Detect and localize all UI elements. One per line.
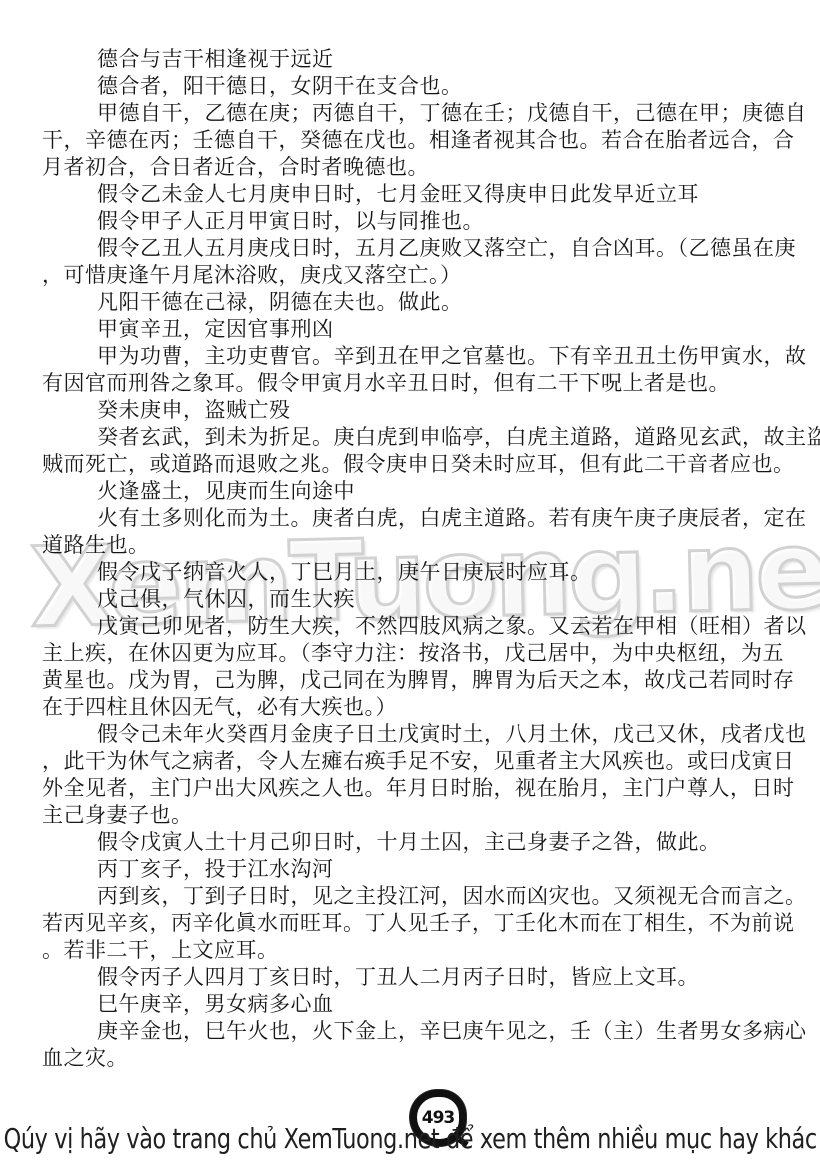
text-line: 巳午庚辛，男女病多心血 bbox=[42, 991, 794, 1018]
text-line: 甲寅辛丑，定因官事刑凶 bbox=[42, 316, 794, 343]
scanned-book-page: XemTuong.net 德合与吉干相逢视于远近德合者，阳干德日，女阴干在支合也… bbox=[0, 0, 820, 1170]
text-line: 在于四柱且休囚无气，必有大疾也。） bbox=[42, 694, 794, 721]
footer-text: Qúy vị hãy vào trang chủ XemTuong.net để… bbox=[3, 1122, 816, 1155]
text-line: 主己身妻子也。 bbox=[42, 802, 794, 829]
text-line: ，此干为休气之病者，令人左瘫右痪手足不安，见重者主大风疾也。或曰戊寅日 bbox=[42, 748, 794, 775]
text-line: 癸者玄武，到未为折足。庚白虎到申临亭，白虎主道路，道路见玄武，故主盗 bbox=[42, 424, 794, 451]
text-line: 火逢盛土，见庚而生向途中 bbox=[42, 478, 794, 505]
text-line: 血之灾。 bbox=[42, 1045, 794, 1072]
text-line: 干，辛德在丙；壬德自干，癸德在戊也。相逢者视其合也。若合在胎者远合，合 bbox=[42, 127, 794, 154]
text-line: 有因官而刑咎之象耳。假令甲寅月水辛丑日时，但有二干下呪上者是也。 bbox=[42, 370, 794, 397]
text-line: 假令戊寅人土十月己卯日时，十月土囚，主己身妻子之咎，做此。 bbox=[42, 829, 794, 856]
text-line: 假令乙未金人七月庚申日时，七月金旺又得庚申日此发早近立耳 bbox=[42, 181, 794, 208]
footer: Qúy vị hãy vào trang chủ XemTuong.net để… bbox=[0, 1122, 820, 1155]
text-line: 主上疾，在休囚更为应耳。（李守力注：按洛书，戊己居中，为中央枢纽，为五 bbox=[42, 640, 794, 667]
text-line: 月者初合，合日者近合，合时者晚德也。 bbox=[42, 154, 794, 181]
text-line: 凡阳干德在己禄，阴德在夫也。做此。 bbox=[42, 289, 794, 316]
text-line: 甲为功曹，主功吏曹官。辛到丑在甲之官墓也。下有辛丑丑土伤甲寅水，故 bbox=[42, 343, 794, 370]
text-line: 戊寅己卯见者，防生大疾，不然四肢风病之象。又云若在甲相（旺相）者以 bbox=[42, 613, 794, 640]
text-line: 丙丁亥子，投于江水沟河 bbox=[42, 856, 794, 883]
text-line: 假令乙丑人五月庚戌日时，五月乙庚败又落空亡，自合凶耳。（乙德虽在庚 bbox=[42, 235, 794, 262]
text-line: 外全见者，主门户出大风疾之人也。年月日时胎，视在胎月，主门户尊人，日时 bbox=[42, 775, 794, 802]
text-line: ，可惜庚逢午月尾沐浴败，庚戌又落空亡。） bbox=[42, 262, 794, 289]
text-line: 甲德自干，乙德在庚；丙德自干，丁德在壬；戊德自干，己德在甲；庚德自 bbox=[42, 100, 794, 127]
body-text: 德合与吉干相逢视于远近德合者，阳干德日，女阴干在支合也。甲德自干，乙德在庚；丙德… bbox=[42, 46, 794, 1072]
text-line: 火有土多则化而为土。庚者白虎，白虎主道路。若有庚午庚子庚辰者，定在 bbox=[42, 505, 794, 532]
text-line: 若丙见辛亥，丙辛化眞水而旺耳。丁人见壬子，丁壬化木而在丁相生，不为前说 bbox=[42, 910, 794, 937]
text-line: 假令戊子纳音火人，丁巳月土，庚午日庚辰时应耳。 bbox=[42, 559, 794, 586]
text-line: 丙到亥，丁到子日时，见之主投江河，因水而凶灾也。又须视无合而言之。 bbox=[42, 883, 794, 910]
text-line: 假令甲子人正月甲寅日时，以与同推也。 bbox=[42, 208, 794, 235]
text-line: 贼而死亡，或道路而退败之兆。假令庚申日癸未时应耳，但有此二干音者应也。 bbox=[42, 451, 794, 478]
text-line: 癸未庚申，盗贼亡殁 bbox=[42, 397, 794, 424]
text-line: 黄星也。戊为胃，己为脾，戊己同在为脾胃，脾胃为后天之本，故戊己若同时存 bbox=[42, 667, 794, 694]
text-line: 德合者，阳干德日，女阴干在支合也。 bbox=[42, 73, 794, 100]
text-line: 假令己未年火癸酉月金庚子日土戊寅时土，八月土休，戊己又休，戌者戊也 bbox=[42, 721, 794, 748]
text-line: 庚辛金也，巳午火也，火下金上，辛巳庚午见之，壬（主）生者男女多病心 bbox=[42, 1018, 794, 1045]
text-line: 。若非二干，上文应耳。 bbox=[42, 937, 794, 964]
text-line: 戊己俱，气休囚，而生大疾 bbox=[42, 586, 794, 613]
text-line: 道路生也。 bbox=[42, 532, 794, 559]
text-line: 假令丙子人四月丁亥日时，丁丑人二月丙子日时，皆应上文耳。 bbox=[42, 964, 794, 991]
text-line: 德合与吉干相逢视于远近 bbox=[42, 46, 794, 73]
